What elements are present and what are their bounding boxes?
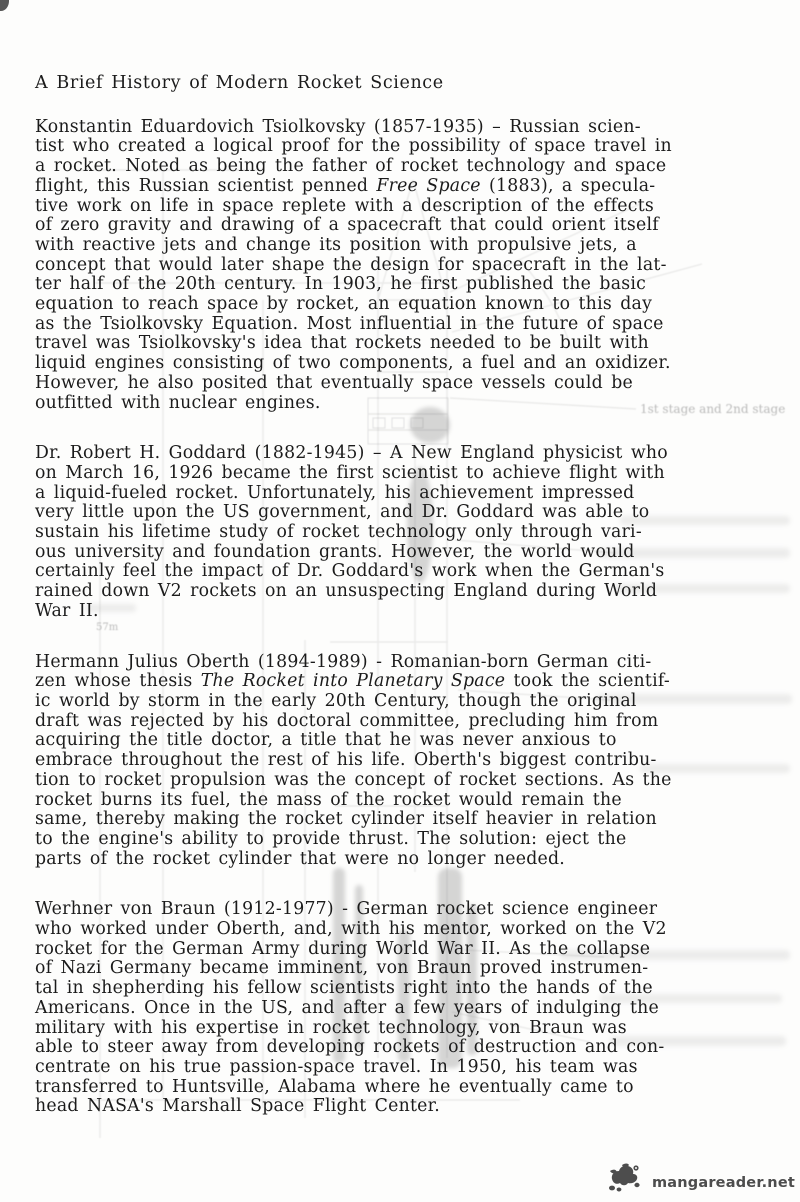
text-line: draft was rejected by his doctoral commi… <box>35 712 777 732</box>
text-line: Dr. Robert H. Goddard (1882-1945) – A Ne… <box>35 444 777 464</box>
text-line: rocket for the German Army during World … <box>35 940 777 960</box>
paragraph-von-braun: Werhner von Braun (1912-1977) - German r… <box>35 900 777 1117</box>
text-line: ous university and foundation grants. Ho… <box>35 543 777 563</box>
text-line: tist who created a logical proof for the… <box>35 137 777 157</box>
text-line: Americans. Once in the US, and after a f… <box>35 999 777 1019</box>
text-line: rocket burns its fuel, the mass of the r… <box>35 791 777 811</box>
text-line: outfitted with nuclear engines. <box>35 394 777 414</box>
text-line: same, thereby making the rocket cylinder… <box>35 810 777 830</box>
paragraph-goddard: Dr. Robert H. Goddard (1882-1945) – A Ne… <box>35 444 777 621</box>
text-line: Konstantin Eduardovich Tsiolkovsky (1857… <box>35 118 777 138</box>
text-line: able to steer away from developing rocke… <box>35 1038 777 1058</box>
text-line: certainly feel the impact of Dr. Goddard… <box>35 562 777 582</box>
text-line: Werhner von Braun (1912-1977) - German r… <box>35 900 777 920</box>
text-line: rained down V2 rockets on an unsuspectin… <box>35 582 777 602</box>
text-line: very little upon the US government, and … <box>35 503 777 523</box>
text-line: ic world by storm in the early 20th Cent… <box>35 692 777 712</box>
text-line: zen whose thesis The Rocket into Planeta… <box>35 672 777 692</box>
text-line: tive work on life in space replete with … <box>35 197 777 217</box>
text-line: with reactive jets and change its positi… <box>35 236 777 256</box>
text-line: tion to rocket propulsion was the concep… <box>35 771 777 791</box>
text-line: to the engine's ability to provide thrus… <box>35 830 777 850</box>
scanned-page: 1st stage and 2nd stage 57m A Brief Hist… <box>0 0 800 1202</box>
paragraph-tsiolkovsky: Konstantin Eduardovich Tsiolkovsky (1857… <box>35 118 777 414</box>
page-text: Konstantin Eduardovich Tsiolkovsky (1857… <box>35 118 777 1117</box>
paragraph-oberth: Hermann Julius Oberth (1894-1989) - Roma… <box>35 653 777 870</box>
text-line: travel was Tsiolkovsky's idea that rocke… <box>35 334 777 354</box>
page-content: A Brief History of Modern Rocket Science… <box>35 74 777 1148</box>
watermark: mangareader.net <box>606 1161 795 1193</box>
text-line: of zero gravity and drawing of a spacecr… <box>35 216 777 236</box>
text-line: concept that would later shape the desig… <box>35 256 777 276</box>
text-line: as the Tsiolkovsky Equation. Most influe… <box>35 315 777 335</box>
text-line: of Nazi Germany became imminent, von Bra… <box>35 959 777 979</box>
text-line: However, he also posited that eventually… <box>35 374 777 394</box>
text-line: tal in shepherding his fellow scientists… <box>35 979 777 999</box>
text-line: War II. <box>35 602 777 622</box>
text-line: centrate on his true passion-space trave… <box>35 1058 777 1078</box>
text-line: head NASA's Marshall Space Flight Center… <box>35 1097 777 1117</box>
text-line: transferred to Huntsville, Alabama where… <box>35 1078 777 1098</box>
text-line: parts of the rocket cylinder that were n… <box>35 850 777 870</box>
text-line: a rocket. Noted as being the father of r… <box>35 157 777 177</box>
text-line: ter half of the 20th century. In 1903, h… <box>35 275 777 295</box>
text-line: embrace throughout the rest of his life.… <box>35 751 777 771</box>
text-line: a liquid-fueled rocket. Unfortunately, h… <box>35 484 777 504</box>
text-line: flight, this Russian scientist penned Fr… <box>35 177 777 197</box>
text-line: sustain his lifetime study of rocket tec… <box>35 523 777 543</box>
text-line: liquid engines consisting of two compone… <box>35 354 777 374</box>
page-title: A Brief History of Modern Rocket Science <box>35 74 777 94</box>
text-line: equation to reach space by rocket, an eq… <box>35 295 777 315</box>
scan-speck <box>0 0 9 11</box>
mangareader-logo-icon <box>606 1161 650 1193</box>
text-line: acquiring the title doctor, a title that… <box>35 731 777 751</box>
text-line: Hermann Julius Oberth (1894-1989) - Roma… <box>35 653 777 673</box>
watermark-text: mangareader.net <box>652 1175 795 1193</box>
text-line: who worked under Oberth, and, with his m… <box>35 920 777 940</box>
text-line: on March 16, 1926 became the first scien… <box>35 464 777 484</box>
text-line: military with his expertise in rocket te… <box>35 1019 777 1039</box>
